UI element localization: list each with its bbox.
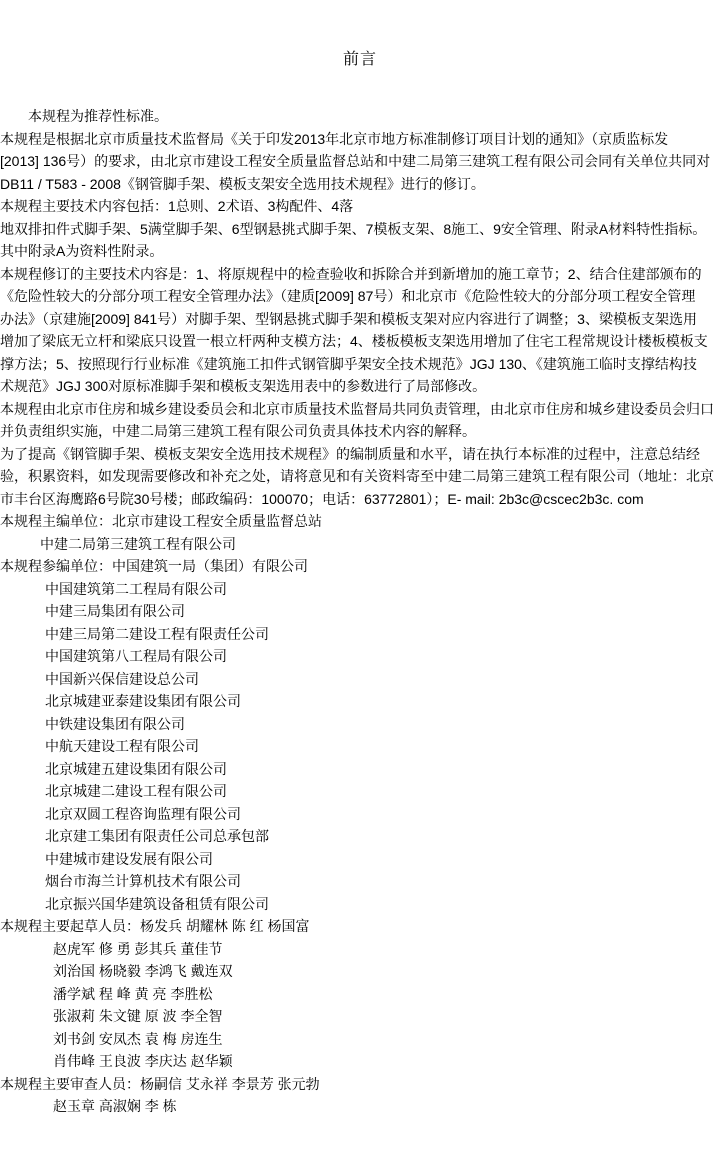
paragraph-basis: 本规程是根据北京市质量技术监督局《关于印发2013年北京市地方标准制修订项目计划…: [0, 128, 720, 196]
text-line: 本规程由北京市住房和城乡建设委员会和北京市质量技术监督局共同负责管理，由北京市住…: [0, 398, 720, 421]
text-line: 本规程主要起草人员：杨发兵 胡耀林 陈 红 杨国富: [0, 915, 720, 938]
text-line: 中国新兴保信建设总公司: [0, 668, 720, 691]
text-line: 中铁建设集团有限公司: [0, 713, 720, 736]
text-line: 潘学斌 程 峰 黄 亮 李胜松: [0, 983, 720, 1006]
paragraph-drafters: 本规程主要起草人员：杨发兵 胡耀林 陈 红 杨国富赵虎军 修 勇 彭其兵 董佳节…: [0, 915, 720, 1073]
text-line: 刘治国 杨晓毅 李鸿飞 戴连双: [0, 960, 720, 983]
paragraph-revisions: 本规程修订的主要技术内容是：1、将原规程中的检查验收和拆除合并到新增加的施工章节…: [0, 263, 720, 398]
text-line: 并负责组织实施，中建二局第三建筑工程有限公司负责具体技术内容的解释。: [0, 420, 720, 443]
text-line: 北京振兴国华建筑设备租赁有限公司: [0, 893, 720, 916]
text-line: 本规程是根据北京市质量技术监督局《关于印发2013年北京市地方标准制修订项目计划…: [0, 128, 720, 151]
paragraph-main-contents: 本规程主要技术内容包括：1总则、2术语、3构配件、4落地双排扣件式脚手架、5满堂…: [0, 195, 720, 263]
text-line: 中国建筑第二工程局有限公司: [0, 578, 720, 601]
text-line: 其中附录A为资料性附录。: [0, 240, 720, 263]
text-line: 北京城建二建设工程有限公司: [0, 780, 720, 803]
text-line: 本规程主要审查人员：杨嗣信 艾永祥 李景芳 张元勃: [0, 1073, 720, 1096]
text-line: 北京建工集团有限责任公司总承包部: [0, 825, 720, 848]
document-body: 本规程为推荐性标准。本规程是根据北京市质量技术监督局《关于印发2013年北京市地…: [0, 105, 720, 1118]
text-line: 地双排扣件式脚手架、5满堂脚手架、6型钢悬挑式脚手架、7模板支架、8施工、9安全…: [0, 218, 720, 241]
text-line: 办法》（京建施[2009] 841号）对脚手架、型钢悬挑式脚手架和模板支架对应内…: [0, 308, 720, 331]
text-line: 烟台市海兰计算机技术有限公司: [0, 870, 720, 893]
text-line: 市丰台区海鹰路6号院30号楼；邮政编码：100070；电话：63772801）；…: [0, 488, 720, 511]
text-line: 刘书剑 安凤杰 袁 梅 房连生: [0, 1028, 720, 1051]
text-line: 为了提高《钢管脚手架、模板支架安全选用技术规程》的编制质量和水平，请在执行本标准…: [0, 443, 720, 466]
text-line: 中建三局第二建设工程有限责任公司: [0, 623, 720, 646]
text-line: 中建三局集团有限公司: [0, 600, 720, 623]
text-line: 北京城建亚泰建设集团有限公司: [0, 690, 720, 713]
text-line: 北京城建五建设集团有限公司: [0, 758, 720, 781]
page-title: 前言: [0, 0, 720, 70]
text-line: 北京双圆工程咨询监理有限公司: [0, 803, 720, 826]
text-line: 肖伟峰 王良波 李庆达 赵华颖: [0, 1050, 720, 1073]
text-line: 本规程主要技术内容包括：1总则、2术语、3构配件、4落: [0, 195, 720, 218]
text-line: 中航天建设工程有限公司: [0, 735, 720, 758]
text-line: 撑方法；5、按照现行行业标准《建筑施工扣件式钢管脚乎架安全技术规范》JGJ 13…: [0, 353, 720, 376]
text-line: 中国建筑第八工程局有限公司: [0, 645, 720, 668]
text-line: 《危险性较大的分部分项工程安全管理办法》（建质[2009] 87号）和北京市《危…: [0, 285, 720, 308]
text-line: 张淑莉 朱文键 原 波 李全智: [0, 1005, 720, 1028]
text-line: [2013] 136号）的要求，由北京市建设工程安全质量监督总站和中建二局第三建…: [0, 150, 720, 173]
text-line: 赵虎军 修 勇 彭其兵 董佳节: [0, 938, 720, 961]
paragraph-reviewers: 本规程主要审查人员：杨嗣信 艾永祥 李景芳 张元勃赵玉章 高淑娴 李 栋: [0, 1073, 720, 1118]
paragraph-scope: 本规程为推荐性标准。: [0, 105, 720, 128]
text-line: 本规程修订的主要技术内容是：1、将原规程中的检查验收和拆除合并到新增加的施工章节…: [0, 263, 720, 286]
text-line: 本规程主编单位：北京市建设工程安全质量监督总站: [0, 510, 720, 533]
paragraph-chief-editing-units: 本规程主编单位：北京市建设工程安全质量监督总站中建二局第三建筑工程有限公司: [0, 510, 720, 555]
text-line: DB11 / T583 - 2008《钢管脚手架、模板支架安全选用技术规程》进行…: [0, 173, 720, 196]
text-line: 术规范》JGJ 300对原标准脚手架和模板支架选用表中的参数进行了局部修改。: [0, 375, 720, 398]
document-page: 前言 本规程为推荐性标准。本规程是根据北京市质量技术监督局《关于印发2013年北…: [0, 0, 720, 1156]
text-line: 本规程参编单位：中国建筑一局（集团）有限公司: [0, 555, 720, 578]
paragraph-management: 本规程由北京市住房和城乡建设委员会和北京市质量技术监督局共同负责管理，由北京市住…: [0, 398, 720, 443]
paragraph-participating-units: 本规程参编单位：中国建筑一局（集团）有限公司中国建筑第二工程局有限公司中建三局集…: [0, 555, 720, 915]
text-line: 增加了梁底无立杆和梁底只设置一根立杆两种支模方法；4、楼板模板支架选用增加了住宅…: [0, 330, 720, 353]
text-line: 验，积累资料，如发现需要修改和补充之处，请将意见和有关资料寄至中建二局第三建筑工…: [0, 465, 720, 488]
text-line: 中建二局第三建筑工程有限公司: [0, 533, 720, 556]
text-line: 本规程为推荐性标准。: [0, 105, 720, 128]
paragraph-feedback: 为了提高《钢管脚手架、模板支架安全选用技术规程》的编制质量和水平，请在执行本标准…: [0, 443, 720, 511]
text-line: 赵玉章 高淑娴 李 栋: [0, 1095, 720, 1118]
text-line: 中建城市建设发展有限公司: [0, 848, 720, 871]
